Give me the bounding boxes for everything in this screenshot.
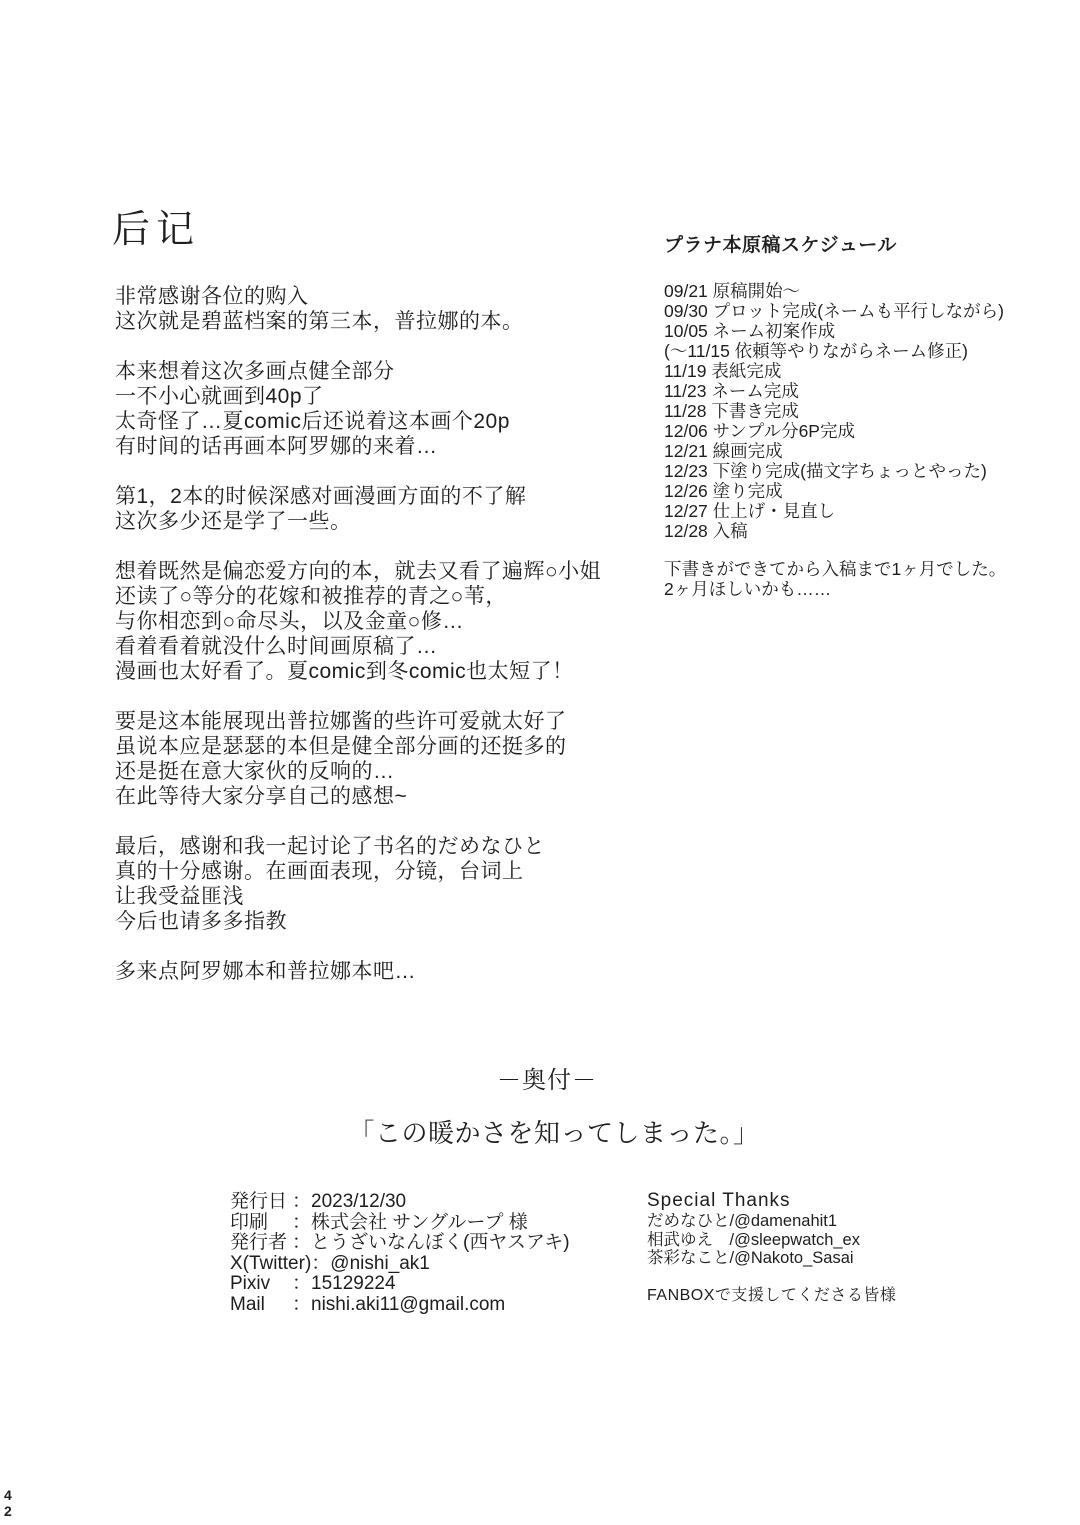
afterword-line: 虽说本应是瑟瑟的本但是健全部分画的还挺多的 [115,734,601,759]
special-thanks-heading: Special Thanks [647,1190,896,1212]
afterword-line: 让我受益匪浅 [115,884,601,909]
afterword-line [115,809,601,834]
schedule-entry: 12/23 下塗り完成(描文字ちょっとやった) [664,461,1064,481]
special-thanks-entry: 相武ゆえ /@sleepwatch_ex [647,1231,896,1250]
afterword-line: 想着既然是偏恋爱方向的本，就去又看了遍辉○小姐 [115,559,601,584]
afterword-line: 这次多少还是学了一些。 [115,509,601,534]
colophon-colon: ： [292,1232,311,1253]
colophon-heading: －奥付－ [0,1060,1080,1095]
schedule-entry: 09/30 プロット完成(ネームも平行しながら) [664,301,1064,321]
colophon-label: 印刷 [230,1213,292,1234]
schedule-entry: 11/28 下書き完成 [664,401,1064,421]
afterword-line: 这次就是碧蓝档案的第三本，普拉娜的本。 [115,309,601,334]
colophon-label: Mail [230,1295,292,1316]
afterword-line: 真的十分感谢。在画面表现，分镜，台词上 [115,859,601,884]
schedule-entry: 12/21 線画完成 [664,441,1064,461]
colophon-value: とうざいなんぼく(西ヤスアキ) [311,1232,570,1253]
schedule-entry: 11/23 ネーム完成 [664,381,1064,401]
book-title: 「この暖かさを知ってしまった。」 [0,1113,1080,1150]
schedule-note: 下書きができてから入稿まで1ヶ月でした。2ヶ月ほしいかも…… [664,559,1064,599]
colophon-row: 発行日：2023/12/30 [230,1192,570,1213]
schedule-note-line: 2ヶ月ほしいかも…… [664,579,1064,599]
schedule-note-line: 下書きができてから入稿まで1ヶ月でした。 [664,559,1064,579]
afterword-line: 太奇怪了…夏comic后还说着这本画个20p [115,409,601,434]
afterword-line: 漫画也太好看了。夏comic到冬comic也太短了！ [115,659,601,684]
afterword-page: 后记 非常感谢各位的购入这次就是碧蓝档案的第三本，普拉娜的本。 本来想着这次多画… [0,0,1080,1525]
afterword-line: 看着看着就没什么时间画原稿了… [115,634,601,659]
afterword-line: 第1，2本的时候深感对画漫画方面的不了解 [115,484,601,509]
colophon-details: 発行日：2023/12/30印刷：株式会社 サングループ 様発行者：とうざいなん… [230,1192,570,1315]
colophon-value: @nishi_ak1 [330,1253,430,1274]
afterword-heading: 后记 [112,198,200,253]
schedule-entry: 11/19 表紙完成 [664,361,1064,381]
colophon-value: nishi.aki11@gmail.com [311,1294,505,1315]
afterword-line: 在此等待大家分享自己的感想~ [115,784,601,809]
afterword-line [115,934,601,959]
schedule-entry: 12/06 サンプル分6P完成 [664,421,1064,441]
page-number-digit: 4 [4,1487,12,1503]
colophon-value: 株式会社 サングループ 様 [311,1212,528,1233]
afterword-line: 非常感谢各位的购入 [115,284,601,309]
page-number: 42 [4,1487,12,1519]
afterword-line: 有时间的话再画本阿罗娜的来着… [115,434,601,459]
special-thanks: Special Thanks だめなひと/@damenahit1相武ゆえ /@s… [647,1190,896,1305]
colophon-row: Pixiv：15129224 [230,1274,570,1295]
colophon-label: 発行日 [230,1192,292,1213]
colophon-row: Mail：nishi.aki11@gmail.com [230,1295,570,1316]
colophon-colon: ： [311,1253,330,1274]
special-thanks-list: だめなひと/@damenahit1相武ゆえ /@sleepwatch_ex茶彩な… [647,1212,896,1268]
schedule-entry: 12/27 仕上げ・見直し [664,501,1064,521]
colophon-colon: ： [292,1273,311,1294]
afterword-line: 与你相恋到○命尽头，以及金童○修… [115,609,601,634]
colophon-row: X(Twitter)：@nishi_ak1 [230,1254,570,1275]
schedule-entry: (～11/15 依頼等やりながらネーム修正) [664,341,1064,361]
schedule-heading: プラナ本原稿スケジュール [664,230,1064,257]
afterword-line: 今后也请多多指教 [115,909,601,934]
colophon-colon: ： [292,1294,311,1315]
schedule-panel: プラナ本原稿スケジュール 09/21 原稿開始～09/30 プロット完成(ネーム… [664,230,1064,599]
afterword-line [115,334,601,359]
special-thanks-entry: だめなひと/@damenahit1 [647,1212,896,1231]
colophon-value: 2023/12/30 [311,1191,406,1212]
colophon-row: 発行者：とうざいなんぼく(西ヤスアキ) [230,1233,570,1254]
schedule-entry: 12/28 入稿 [664,521,1064,541]
schedule-entry: 10/05 ネーム初案作成 [664,321,1064,341]
colophon-label: Pixiv [230,1274,292,1295]
schedule-entry: 12/26 塗り完成 [664,481,1064,501]
colophon-label: 発行者 [230,1233,292,1254]
schedule-entries: 09/21 原稿開始～09/30 プロット完成(ネームも平行しながら)10/05… [664,281,1064,541]
page-number-digit: 2 [4,1503,12,1519]
afterword-line [115,534,601,559]
special-thanks-entry: 茶彩なこと/@Nakoto_Sasai [647,1249,896,1268]
afterword-body: 非常感谢各位的购入这次就是碧蓝档案的第三本，普拉娜的本。 本来想着这次多画点健全… [115,284,601,984]
afterword-line: 最后，感谢和我一起讨论了书名的だめなひと [115,834,601,859]
colophon-value: 15129224 [311,1273,396,1294]
fanbox-note: FANBOXで支援してくださる皆様 [647,1282,896,1305]
colophon-row: 印刷：株式会社 サングループ 様 [230,1213,570,1234]
afterword-line: 要是这本能展现出普拉娜酱的些许可爱就太好了 [115,709,601,734]
schedule-entry: 09/21 原稿開始～ [664,281,1064,301]
colophon-label: X(Twitter) [230,1254,311,1275]
afterword-line: 还读了○等分的花嫁和被推荐的青之○苇， [115,584,601,609]
afterword-line [115,684,601,709]
afterword-line: 本来想着这次多画点健全部分 [115,359,601,384]
afterword-line: 多来点阿罗娜本和普拉娜本吧… [115,959,601,984]
afterword-line [115,459,601,484]
colophon-colon: ： [292,1191,311,1212]
colophon-colon: ： [292,1212,311,1233]
afterword-line: 还是挺在意大家伙的反响的… [115,759,601,784]
afterword-line: 一不小心就画到40p了 [115,384,601,409]
